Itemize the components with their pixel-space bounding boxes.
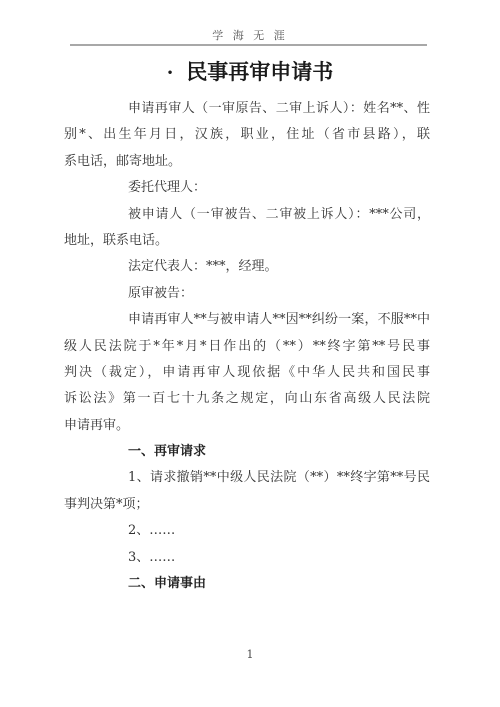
section-heading-application-cause: 二、申请事由: [64, 571, 430, 597]
document-line: 3、……: [64, 545, 430, 571]
document-line: 申请再审。: [64, 413, 430, 439]
document-line: 事判决第*项；: [64, 492, 430, 518]
document-line: 原审被告：: [64, 281, 430, 307]
page-number: 1: [0, 648, 500, 661]
section-heading-retrial-request: 一、再审请求: [64, 439, 430, 465]
document-line: 委托代理人：: [64, 175, 430, 201]
document-line: 申请再审人（一审原告、二审上诉人）：姓名**、性: [64, 96, 430, 122]
header-rule: [70, 44, 427, 46]
document-line: 判决（裁定），申请再审人现依据《中华人民共和国民事: [64, 360, 430, 386]
document-line: 2、……: [64, 518, 430, 544]
document-line: 申请再审人**与被申请人**因**纠纷一案，不服**中: [64, 307, 430, 333]
document-line: 系电话，邮寄地址。: [64, 149, 430, 175]
document-line: 1、请求撤销**中级人民法院（**）**终字第**号民: [64, 465, 430, 491]
document-body: 申请再审人（一审原告、二审上诉人）：姓名**、性 别*、出生年月日，汉族，职业，…: [64, 96, 430, 597]
document-line: 被申请人（一审被告、二审被上诉人）：***公司，: [64, 202, 430, 228]
document-line: 级人民法院于*年*月*日作出的（**）**终字第**号民事: [64, 334, 430, 360]
document-line: 法定代表人：***，经理。: [64, 254, 430, 280]
document-line: 诉讼法》第一百七十九条之规定，向山东省高级人民法院: [64, 386, 430, 412]
document-line: 别*、出生年月日，汉族，职业，住址（省市县路），联: [64, 122, 430, 148]
document-page: 学 海 无 涯 ·民事再审申请书 申请再审人（一审原告、二审上诉人）：姓名**、…: [0, 0, 500, 707]
document-title: ·民事再审申请书: [0, 57, 500, 88]
page-header-watermark: 学 海 无 涯: [0, 27, 500, 43]
title-bullet-dot: ·: [167, 58, 174, 88]
document-line: 地址，联系电话。: [64, 228, 430, 254]
document-title-text: 民事再审申请书: [186, 59, 333, 84]
